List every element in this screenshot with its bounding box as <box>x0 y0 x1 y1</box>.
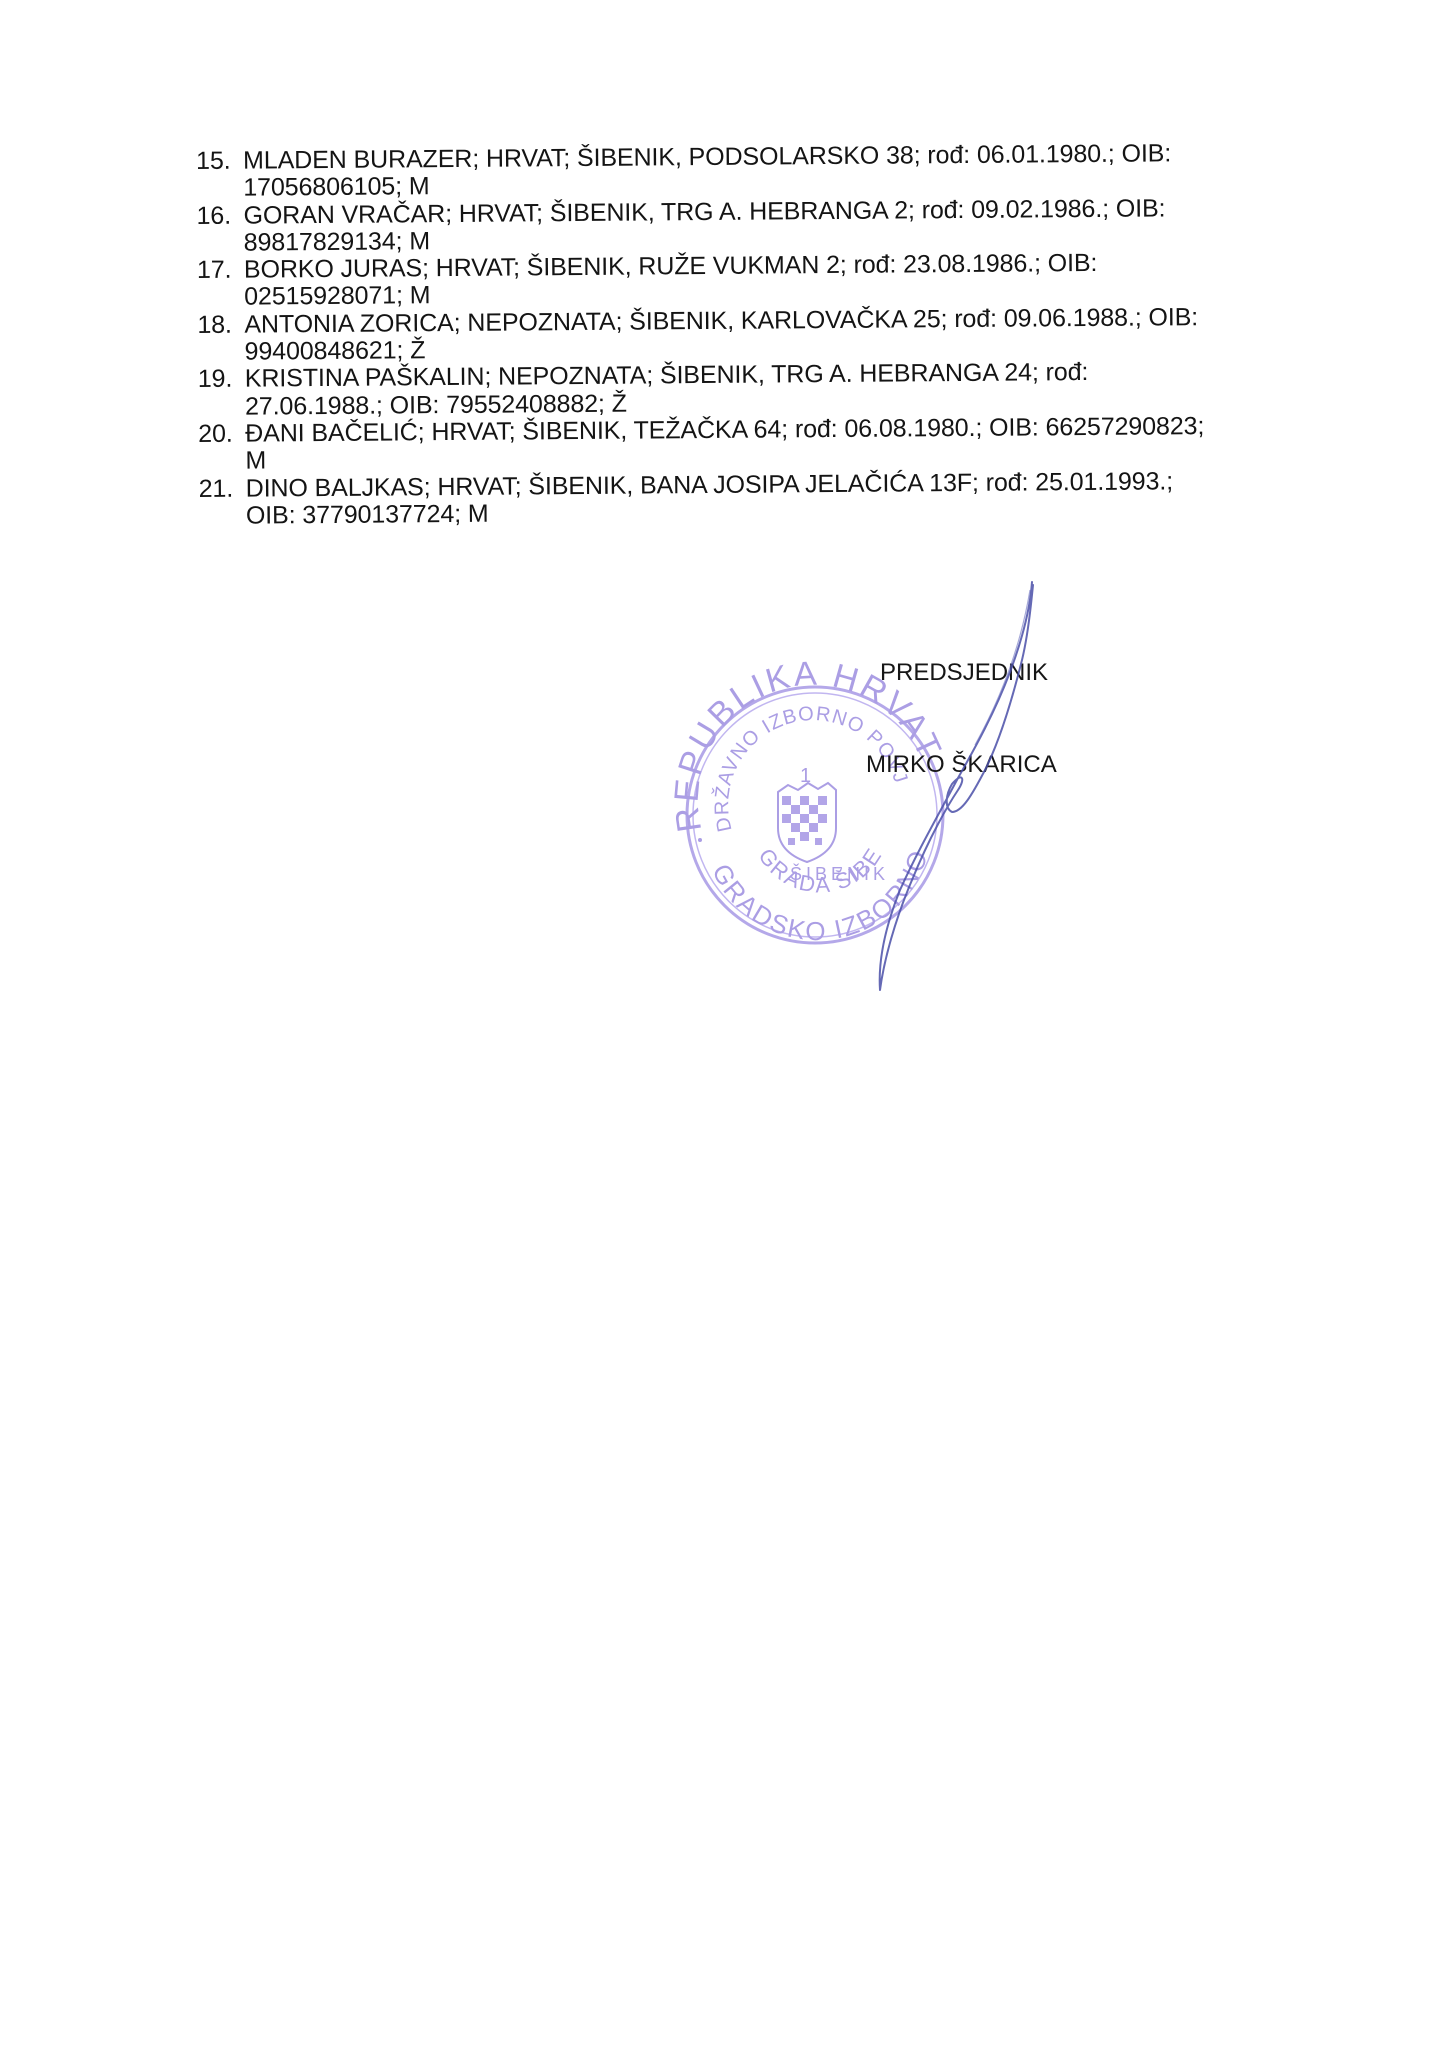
signatory-name: MIRKO ŠKARICA <box>866 751 1057 779</box>
document-page: 15.MLADEN BURAZER; HRVAT; ŠIBENIK, PODSO… <box>0 0 1448 2048</box>
list-item: 19.KRISTINA PAŠKALIN; NEPOZNATA; ŠIBENIK… <box>198 358 1278 421</box>
item-number: 20. <box>198 421 245 449</box>
list-item: 17.BORKO JURAS; HRVAT; ŠIBENIK, RUŽE VUK… <box>197 249 1277 312</box>
candidate-list: 15.MLADEN BURAZER; HRVAT; ŠIBENIK, PODSO… <box>196 140 1279 531</box>
list-item: 18.ANTONIA ZORICA; NEPOZNATA; ŠIBENIK, K… <box>197 303 1277 366</box>
item-number: 17. <box>197 257 244 285</box>
item-number: 18. <box>197 311 244 339</box>
item-text-line: 02515928071; M <box>244 283 430 312</box>
svg-text:1: 1 <box>800 765 811 787</box>
svg-text:ŠIBENIK: ŠIBENIK <box>790 863 889 884</box>
item-text-line: 99400848621; Ž <box>244 337 425 366</box>
item-text-line: M <box>245 448 266 475</box>
item-text-line: 27.06.1988.; OIB: 79552408882; Ž <box>245 390 627 420</box>
item-number: 19. <box>198 366 245 394</box>
list-item: 21.DINO BALJKAS; HRVAT; ŠIBENIK, BANA JO… <box>199 467 1279 530</box>
item-text-line: OIB: 37790137724; M <box>246 501 489 530</box>
item-text-line: 17056806105; M <box>243 173 429 202</box>
item-number: 21. <box>199 475 246 503</box>
list-item: 16.GORAN VRAČAR; HRVAT; ŠIBENIK, TRG A. … <box>196 194 1276 257</box>
item-text-line: 89817829134; M <box>244 228 430 257</box>
signatory-title: PREDSJEDNIK <box>880 659 1048 687</box>
list-item: 20.ĐANI BAČELIĆ; HRVAT; ŠIBENIK, TEŽAČKA… <box>198 412 1278 475</box>
croatian-coat-of-arms-icon <box>778 783 836 862</box>
list-item: 15.MLADEN BURAZER; HRVAT; ŠIBENIK, PODSO… <box>196 140 1276 203</box>
item-number: 16. <box>196 202 243 230</box>
item-number: 15. <box>196 148 243 176</box>
